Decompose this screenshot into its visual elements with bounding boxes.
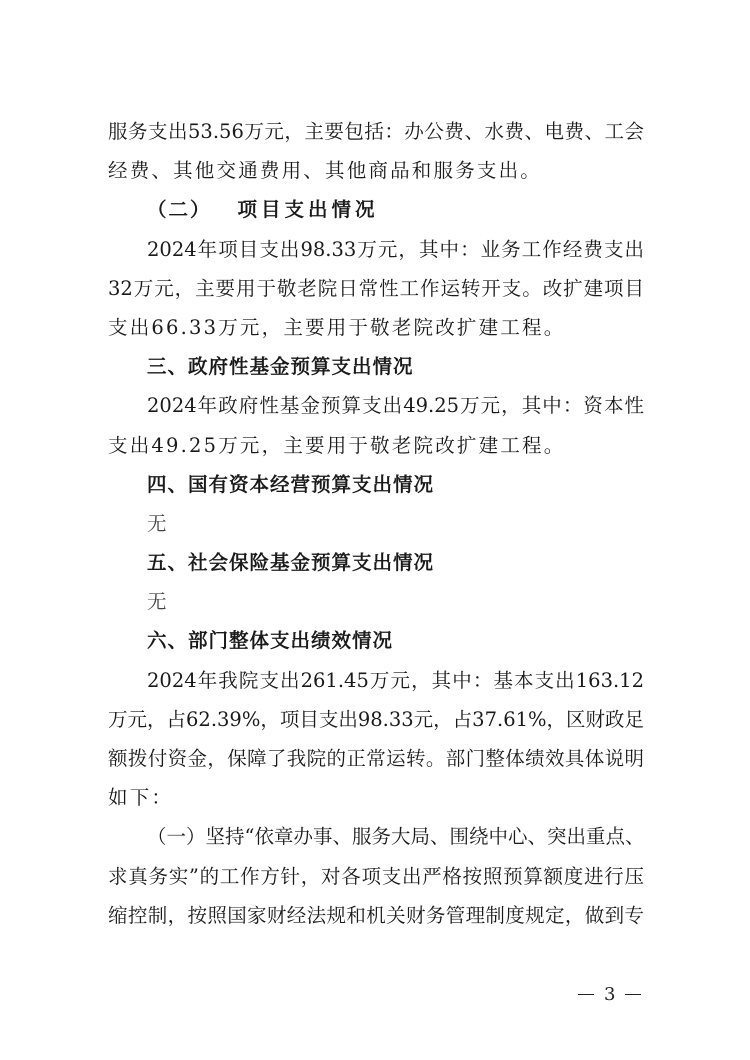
- dash-right: [625, 994, 641, 996]
- none-text: 无: [108, 504, 644, 543]
- subheading-text: 项目支出情况: [238, 198, 379, 221]
- heading-state-capital: 四、国有资本经营预算支出情况: [108, 465, 644, 504]
- body-line: 支出49.25万元，主要用于敬老院改扩建工程。: [108, 426, 644, 465]
- body-line: 如下：: [108, 778, 644, 817]
- body-line: 32万元，主要用于敬老院日常性工作运转开支。改扩建项目: [108, 269, 644, 308]
- body-line: 额拨付资金，保障了我院的正常运转。部门整体绩效具体说明: [108, 739, 644, 778]
- page-footer: 3: [578, 984, 641, 1005]
- dash-left: [578, 994, 594, 996]
- body-line: 2024年项目支出98.33万元，其中：业务工作经费支出: [108, 230, 644, 269]
- subheading-number: （二）: [147, 198, 212, 221]
- heading-performance: 六、部门整体支出绩效情况: [108, 621, 644, 660]
- body-line: （一）坚持“依章办事、服务大局、围绕中心、突出重点、: [108, 817, 644, 856]
- body-line: 万元，占62.39%，项目支出98.33元，占37.61%，区财政足: [108, 700, 644, 739]
- body-line: 2024年我院支出261.45万元，其中：基本支出163.12: [108, 661, 644, 700]
- body-line: 支出66.33万元，主要用于敬老院改扩建工程。: [108, 308, 644, 347]
- heading-government-fund: 三、政府性基金预算支出情况: [108, 347, 644, 386]
- body-line: 求真务实”的工作方针，对各项支出严格按照预算额度进行压: [108, 857, 644, 896]
- body-line: 2024年政府性基金预算支出49.25万元，其中：资本性: [108, 386, 644, 425]
- subheading-project-expenditure: （二）项目支出情况: [108, 190, 644, 229]
- document-page: 服务支出53.56万元，主要包括：办公费、水费、电费、工会 经费、其他交通费用、…: [108, 112, 644, 935]
- body-line: 服务支出53.56万元，主要包括：办公费、水费、电费、工会: [108, 112, 644, 151]
- heading-social-insurance: 五、社会保险基金预算支出情况: [108, 543, 644, 582]
- body-line: 经费、其他交通费用、其他商品和服务支出。: [108, 151, 644, 190]
- body-line: 缩控制，按照国家财经法规和机关财务管理制度规定，做到专: [108, 896, 644, 935]
- page-number: 3: [604, 984, 615, 1005]
- none-text: 无: [108, 582, 644, 621]
